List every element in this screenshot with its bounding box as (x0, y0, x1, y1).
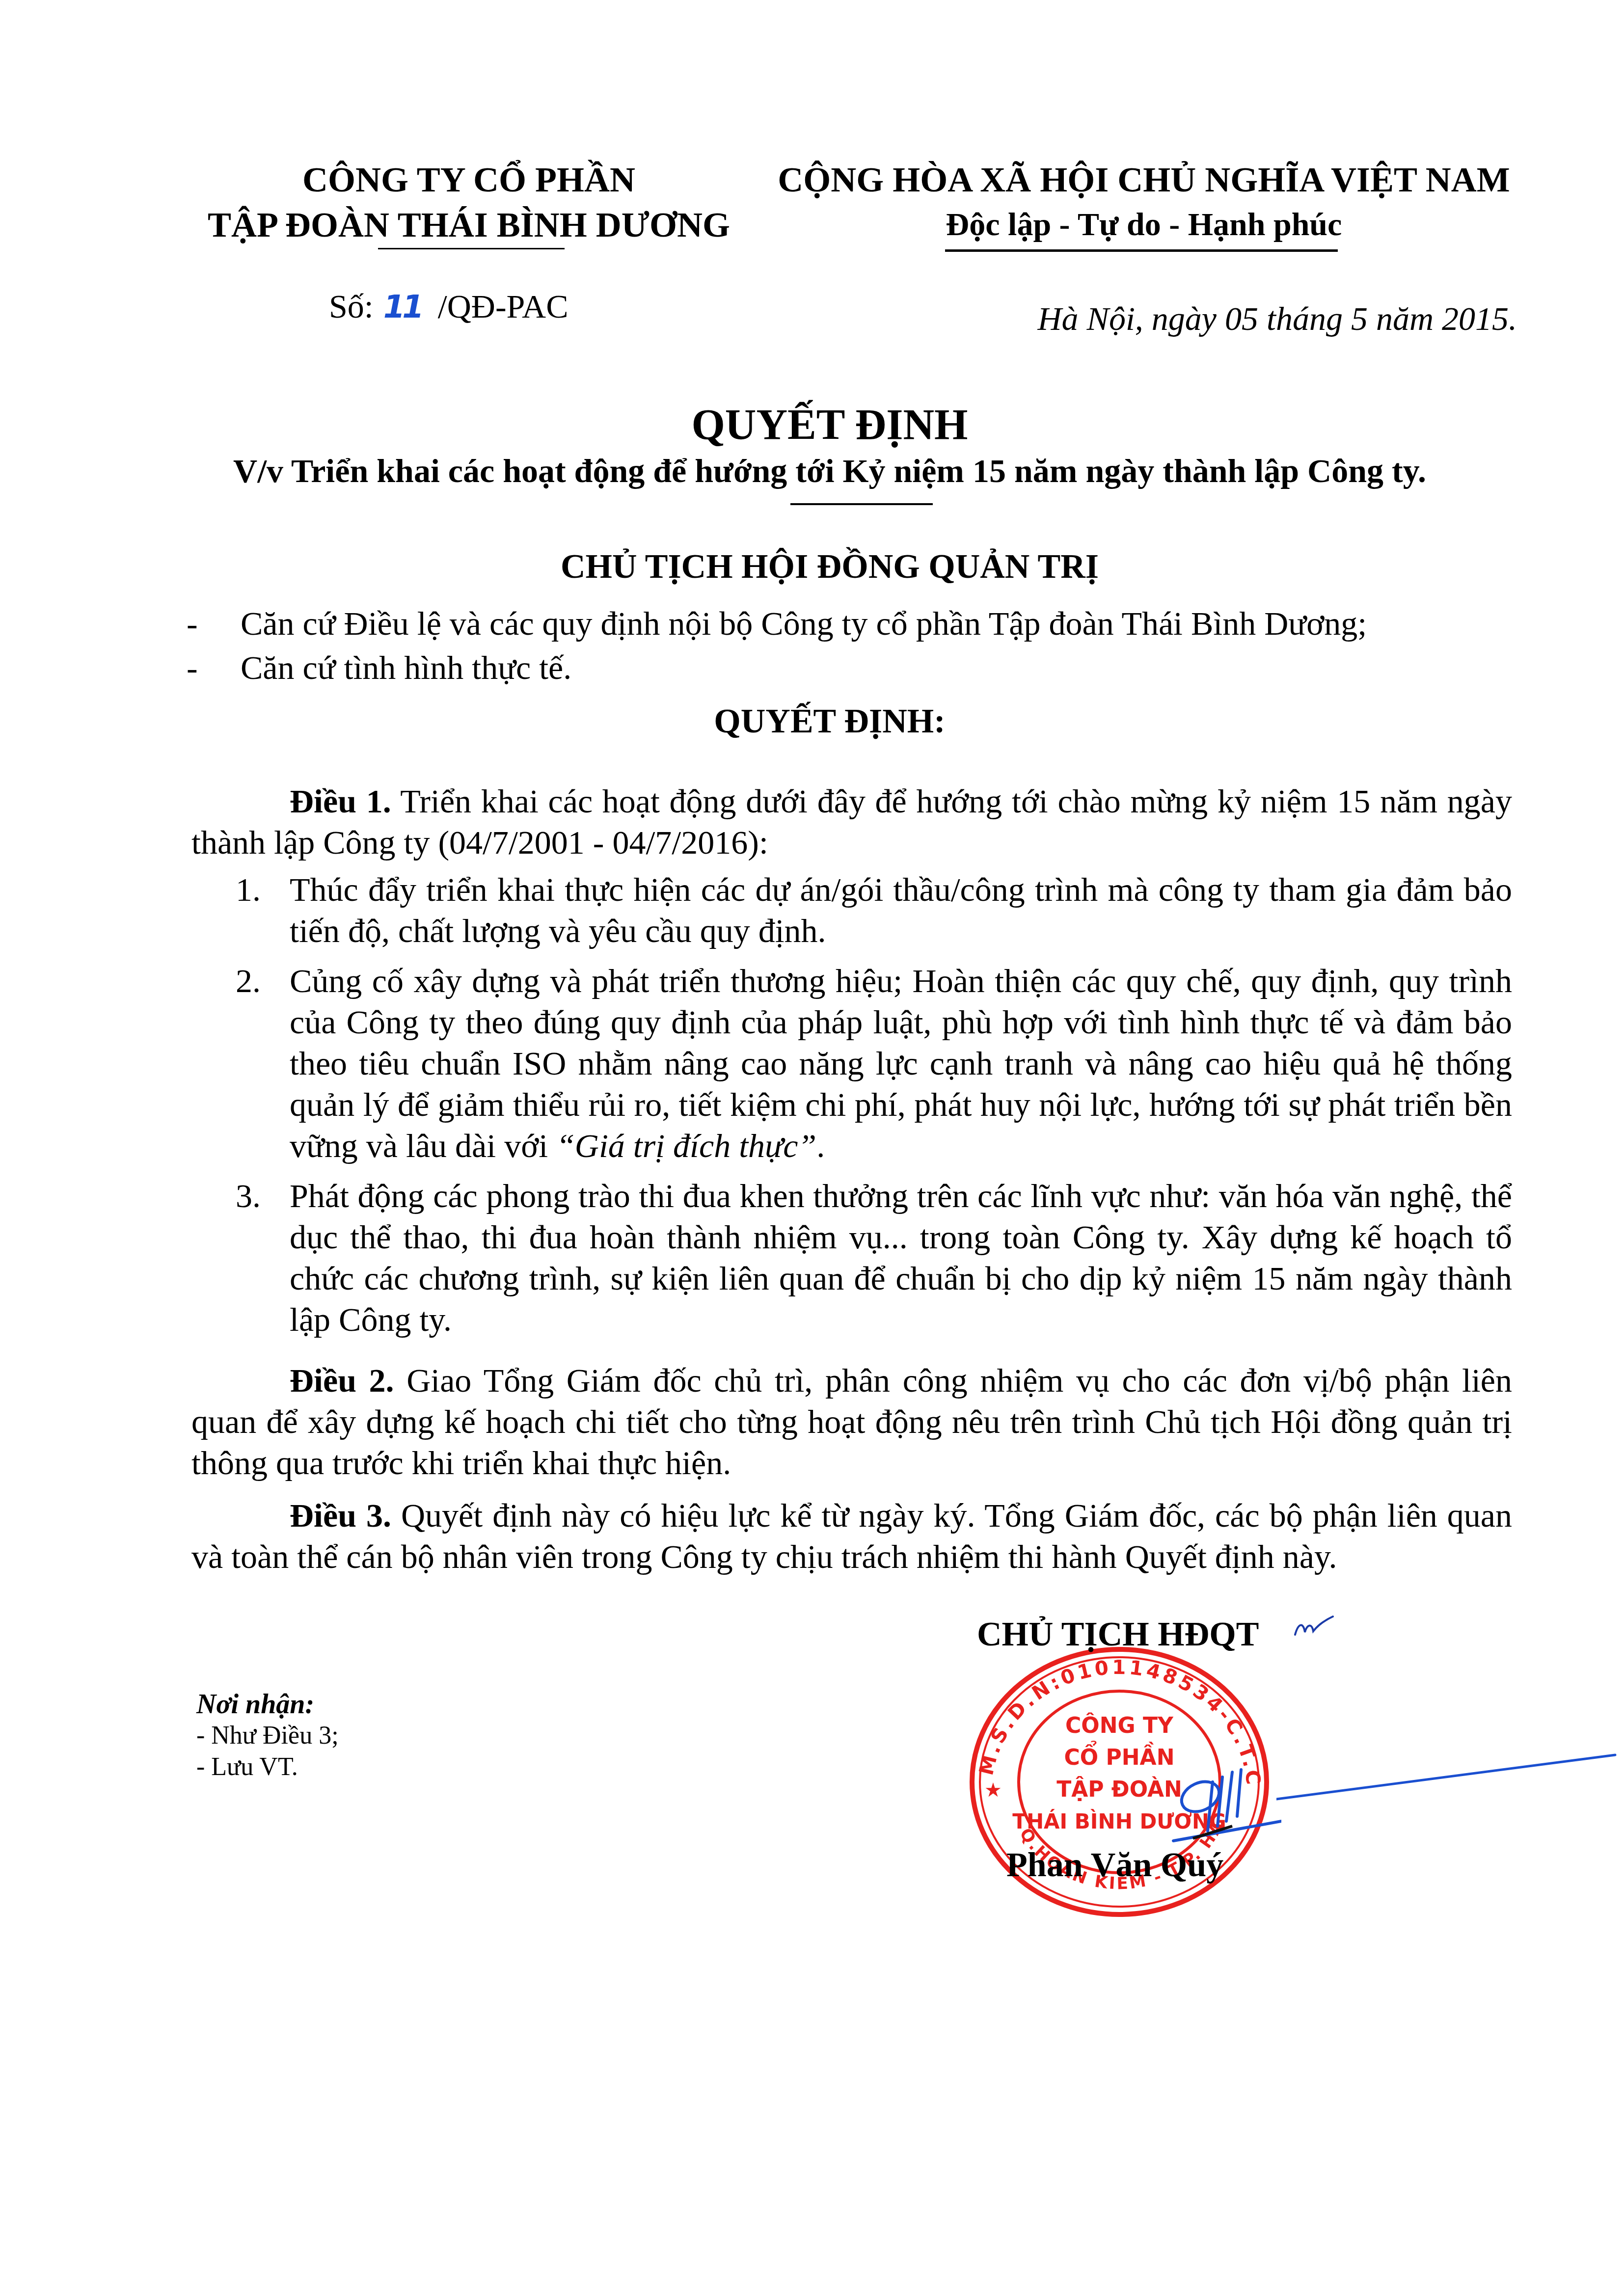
issuing-authority: CHỦ TỊCH HỘI ĐỒNG QUẢN TRỊ (147, 547, 1512, 587)
article-1: Điều 1. Triển khai các hoạt động dưới đâ… (191, 781, 1512, 863)
legal-bases: - Căn cứ Điều lệ và các quy định nội bộ … (187, 601, 1522, 690)
legal-basis-item: - Căn cứ Điều lệ và các quy định nội bộ … (187, 601, 1522, 646)
initials-icon (1291, 1613, 1335, 1642)
motto-underline (945, 249, 1338, 252)
signatory-name: Phan Văn Quý (1006, 1846, 1223, 1885)
legal-basis-item: - Căn cứ tình hình thực tế. (187, 646, 1522, 690)
bullet: - (187, 601, 241, 646)
national-heading: CỘNG HÒA XÃ HỘI CHỦ NGHĨA VIỆT NAM Độc l… (766, 157, 1522, 247)
list-item-text: Thúc đẩy triển khai thực hiện các dự án/… (290, 869, 1512, 951)
list-item-text: Phát động các phong trào thi đua khen th… (290, 1175, 1512, 1340)
list-item-number: 1. (236, 869, 290, 951)
handwritten-number: 11 (383, 289, 421, 325)
issuer-line-1: CÔNG TY CỔ PHẦN (187, 157, 751, 202)
list-item: 1. Thúc đẩy triển khai thực hiện các dự … (236, 869, 1512, 951)
legal-basis-text: Căn cứ tình hình thực tế. (241, 646, 571, 690)
list-item-end: . (816, 1127, 825, 1164)
subject-underline (790, 503, 933, 505)
article-3: Điều 3. Quyết định này có hiệu lực kể từ… (191, 1495, 1512, 1577)
svg-text:TẬP ĐOÀN: TẬP ĐOÀN (1056, 1776, 1182, 1802)
svg-text:★: ★ (984, 1779, 1002, 1802)
recipient-item: - Như Điều 3; (196, 1720, 339, 1751)
document-number-label: Số: (329, 288, 374, 325)
bullet: - (187, 646, 241, 690)
article-2: Điều 2. Giao Tổng Giám đốc chủ trì, phân… (191, 1360, 1512, 1483)
article-1-label: Điều 1. (290, 782, 391, 820)
document-number-suffix: /QĐ-PAC (438, 288, 568, 325)
recipients-label: Nơi nhận: (196, 1689, 339, 1720)
recipients-block: Nơi nhận: - Như Điều 3; - Lưu VT. (196, 1689, 339, 1783)
article-1-list: 1. Thúc đẩy triển khai thực hiện các dự … (236, 869, 1512, 1349)
document-subject: V/v Triển khai các hoạt động để hướng tớ… (147, 452, 1512, 490)
list-item: 3. Phát động các phong trào thi đua khen… (236, 1175, 1512, 1340)
list-item-text: Củng cố xây dựng và phát triển thương hi… (290, 962, 1512, 1164)
article-3-label: Điều 3. (290, 1497, 391, 1534)
document-number: Số:11/QĐ-PAC (329, 287, 568, 326)
place-date: Hà Nội, ngày 05 tháng 5 năm 2015. (997, 299, 1517, 338)
list-item-number: 3. (236, 1175, 290, 1340)
issuer-block: CÔNG TY CỔ PHẦN TẬP ĐOÀN THÁI BÌNH DƯƠNG (187, 157, 751, 247)
list-item: 2. Củng cố xây dựng và phát triển thương… (236, 960, 1512, 1166)
decision-heading: QUYẾT ĐỊNH: (147, 702, 1512, 741)
signatory-title: CHỦ TỊCH HĐQT (977, 1615, 1259, 1654)
svg-text:CÔNG TY: CÔNG TY (1065, 1712, 1174, 1738)
issuer-line-2: TẬP ĐOÀN THÁI BÌNH DƯƠNG (187, 202, 751, 247)
article-2-label: Điều 2. (290, 1362, 394, 1399)
signature-stroke-icon (1276, 1748, 1620, 1806)
list-item-number: 2. (236, 960, 290, 1166)
document-title: QUYẾT ĐỊNH (147, 400, 1512, 450)
recipient-item: - Lưu VT. (196, 1751, 339, 1783)
slogan: “Giá trị đích thực” (556, 1127, 816, 1164)
national-motto: Độc lập - Tự do - Hạnh phúc (766, 202, 1522, 247)
list-item-text-wrap: Củng cố xây dựng và phát triển thương hi… (290, 960, 1512, 1166)
signature-block: CHỦ TỊCH HĐQT M.S.D.N:0101148534-C.T.C.P… (957, 1615, 1326, 1890)
svg-text:CỔ PHẦN: CỔ PHẦN (1064, 1741, 1175, 1770)
legal-basis-text: Căn cứ Điều lệ và các quy định nội bộ Cô… (241, 601, 1367, 646)
national-title: CỘNG HÒA XÃ HỘI CHỦ NGHĨA VIỆT NAM (766, 157, 1522, 202)
issuer-underline (378, 248, 565, 249)
